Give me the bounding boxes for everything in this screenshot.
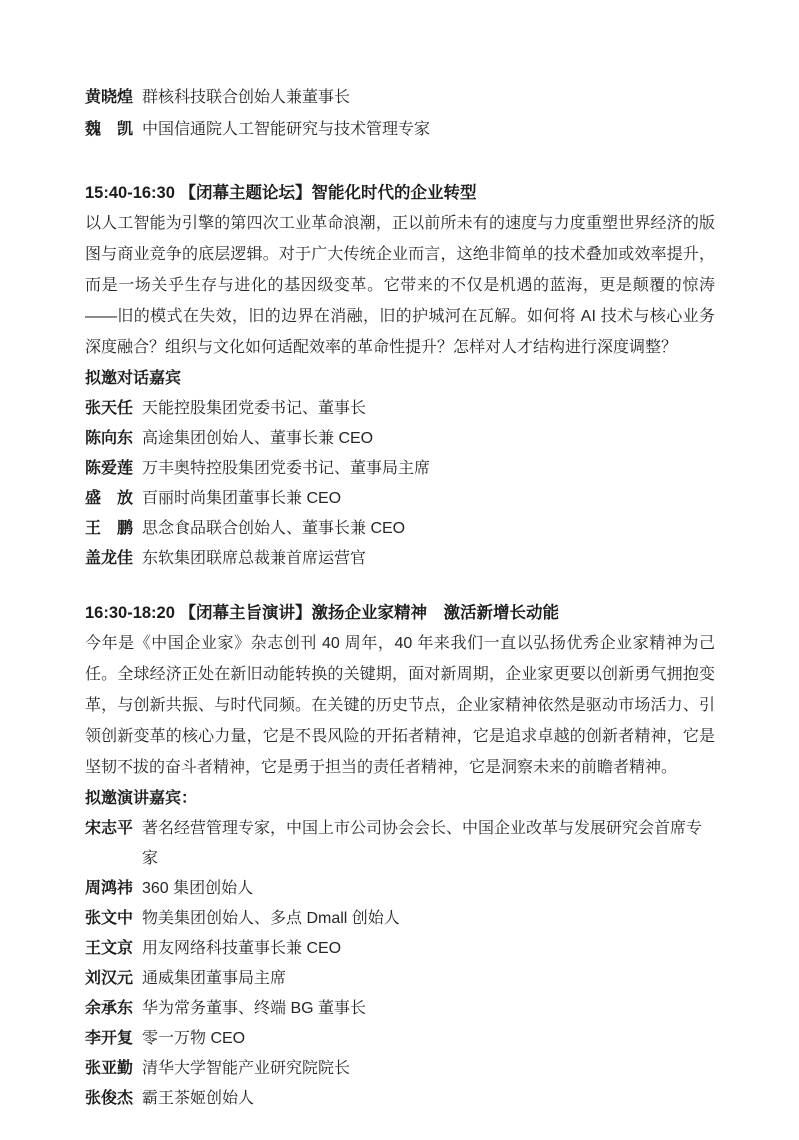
- guest-row: 王 鹏 思念食品联合创始人、董事长兼 CEO: [85, 514, 715, 544]
- guest-name: 魏 凯: [85, 114, 135, 146]
- guest-title: 清华大学智能产业研究院院长: [142, 1054, 350, 1084]
- guest-name: 陈爱莲: [85, 454, 135, 484]
- guest-title: 思念食品联合创始人、董事长兼 CEO: [142, 514, 405, 544]
- guest-title: 中国信通院人工智能研究与技术管理专家: [142, 114, 430, 146]
- guest-name: 陈向东: [85, 424, 135, 454]
- guest-row: 余承东 华为常务董事、终端 BG 董事长: [85, 994, 715, 1024]
- session-time: 16:30-18:20: [85, 604, 175, 622]
- guest-row: 李开复 零一万物 CEO: [85, 1024, 715, 1054]
- guest-row: 魏 凯 中国信通院人工智能研究与技术管理专家: [85, 114, 715, 146]
- session-title: 【闭幕主题论坛】智能化时代的企业转型: [180, 184, 477, 202]
- guest-name: 张亚勤: [85, 1054, 135, 1084]
- session-time: 15:40-16:30: [85, 184, 175, 202]
- guest-title: 用友网络科技董事长兼 CEO: [142, 934, 341, 964]
- guest-title: 华为常务董事、终端 BG 董事长: [142, 994, 366, 1024]
- guest-row: 张文中 物美集团创始人、多点 Dmall 创始人: [85, 904, 715, 934]
- guest-title: 群核科技联合创始人兼董事长: [142, 82, 350, 114]
- session-heading: 16:30-18:20 【闭幕主旨演讲】激扬企业家精神 激活新增长动能: [85, 598, 715, 628]
- dialogue-guest-list: 张天任 天能控股集团党委书记、董事长 陈向东 高途集团创始人、董事长兼 CEO …: [85, 394, 715, 574]
- guest-name: 王文京: [85, 934, 135, 964]
- guest-title: 物美集团创始人、多点 Dmall 创始人: [142, 904, 400, 934]
- guest-title: 百丽时尚集团董事长兼 CEO: [142, 484, 341, 514]
- guest-row: 张亚勤 清华大学智能产业研究院院长: [85, 1054, 715, 1084]
- guest-name: 余承东: [85, 994, 135, 1024]
- guest-title: 著名经营管理专家，中国上市公司协会会长、中国企业改革与发展研究会首席专家: [142, 814, 715, 874]
- guest-row: 张俊杰 霸王茶姬创始人: [85, 1084, 715, 1114]
- guest-title: 通威集团董事局主席: [142, 964, 286, 994]
- guest-list-label: 拟邀演讲嘉宾：: [85, 783, 715, 814]
- session-description: 今年是《中国企业家》杂志创刊 40 周年，40 年来我们一直以弘扬优秀企业家精神…: [85, 628, 715, 783]
- guest-list-label: 拟邀对话嘉宾: [85, 363, 715, 394]
- guest-title: 万丰奥特控股集团党委书记、董事局主席: [142, 454, 430, 484]
- guest-row: 王文京 用友网络科技董事长兼 CEO: [85, 934, 715, 964]
- guest-title: 霸王茶姬创始人: [142, 1084, 254, 1114]
- session-closing-keynote: 16:30-18:20 【闭幕主旨演讲】激扬企业家精神 激活新增长动能 今年是《…: [85, 598, 715, 1114]
- session-description: 以人工智能为引擎的第四次工业革命浪潮，正以前所未有的速度与力度重塑世界经济的版图…: [85, 208, 715, 363]
- guest-row: 黄晓煌 群核科技联合创始人兼董事长: [85, 82, 715, 114]
- guest-row: 刘汉元 通威集团董事局主席: [85, 964, 715, 994]
- session-title: 【闭幕主旨演讲】激扬企业家精神 激活新增长动能: [180, 604, 560, 622]
- guest-name: 张俊杰: [85, 1084, 135, 1114]
- guest-row: 陈向东 高途集团创始人、董事长兼 CEO: [85, 424, 715, 454]
- guest-name: 黄晓煌: [85, 82, 135, 114]
- guest-name: 宋志平: [85, 814, 135, 874]
- guest-name: 张文中: [85, 904, 135, 934]
- guest-name: 王 鹏: [85, 514, 135, 544]
- guest-title: 东软集团联席总裁兼首席运营官: [142, 544, 366, 574]
- guest-name: 刘汉元: [85, 964, 135, 994]
- lead-guest-list: 黄晓煌 群核科技联合创始人兼董事长 魏 凯 中国信通院人工智能研究与技术管理专家: [85, 82, 715, 146]
- guest-title: 高途集团创始人、董事长兼 CEO: [142, 424, 373, 454]
- guest-title: 天能控股集团党委书记、董事长: [142, 394, 366, 424]
- session-closing-forum: 15:40-16:30 【闭幕主题论坛】智能化时代的企业转型 以人工智能为引擎的…: [85, 178, 715, 574]
- guest-title: 零一万物 CEO: [142, 1024, 245, 1054]
- session-heading: 15:40-16:30 【闭幕主题论坛】智能化时代的企业转型: [85, 178, 715, 208]
- guest-row: 宋志平 著名经营管理专家，中国上市公司协会会长、中国企业改革与发展研究会首席专家: [85, 814, 715, 874]
- guest-row: 盛 放 百丽时尚集团董事长兼 CEO: [85, 484, 715, 514]
- guest-row: 陈爱莲 万丰奥特控股集团党委书记、董事局主席: [85, 454, 715, 484]
- guest-name: 张天任: [85, 394, 135, 424]
- speaker-guest-list: 宋志平 著名经营管理专家，中国上市公司协会会长、中国企业改革与发展研究会首席专家…: [85, 814, 715, 1114]
- agenda-page: 黄晓煌 群核科技联合创始人兼董事长 魏 凯 中国信通院人工智能研究与技术管理专家…: [0, 0, 799, 1140]
- guest-name: 周鸿祎: [85, 874, 135, 904]
- guest-row: 张天任 天能控股集团党委书记、董事长: [85, 394, 715, 424]
- guest-name: 盖龙佳: [85, 544, 135, 574]
- guest-name: 盛 放: [85, 484, 135, 514]
- guest-row: 盖龙佳 东软集团联席总裁兼首席运营官: [85, 544, 715, 574]
- guest-name: 李开复: [85, 1024, 135, 1054]
- guest-title: 360 集团创始人: [142, 874, 253, 904]
- guest-row: 周鸿祎 360 集团创始人: [85, 874, 715, 904]
